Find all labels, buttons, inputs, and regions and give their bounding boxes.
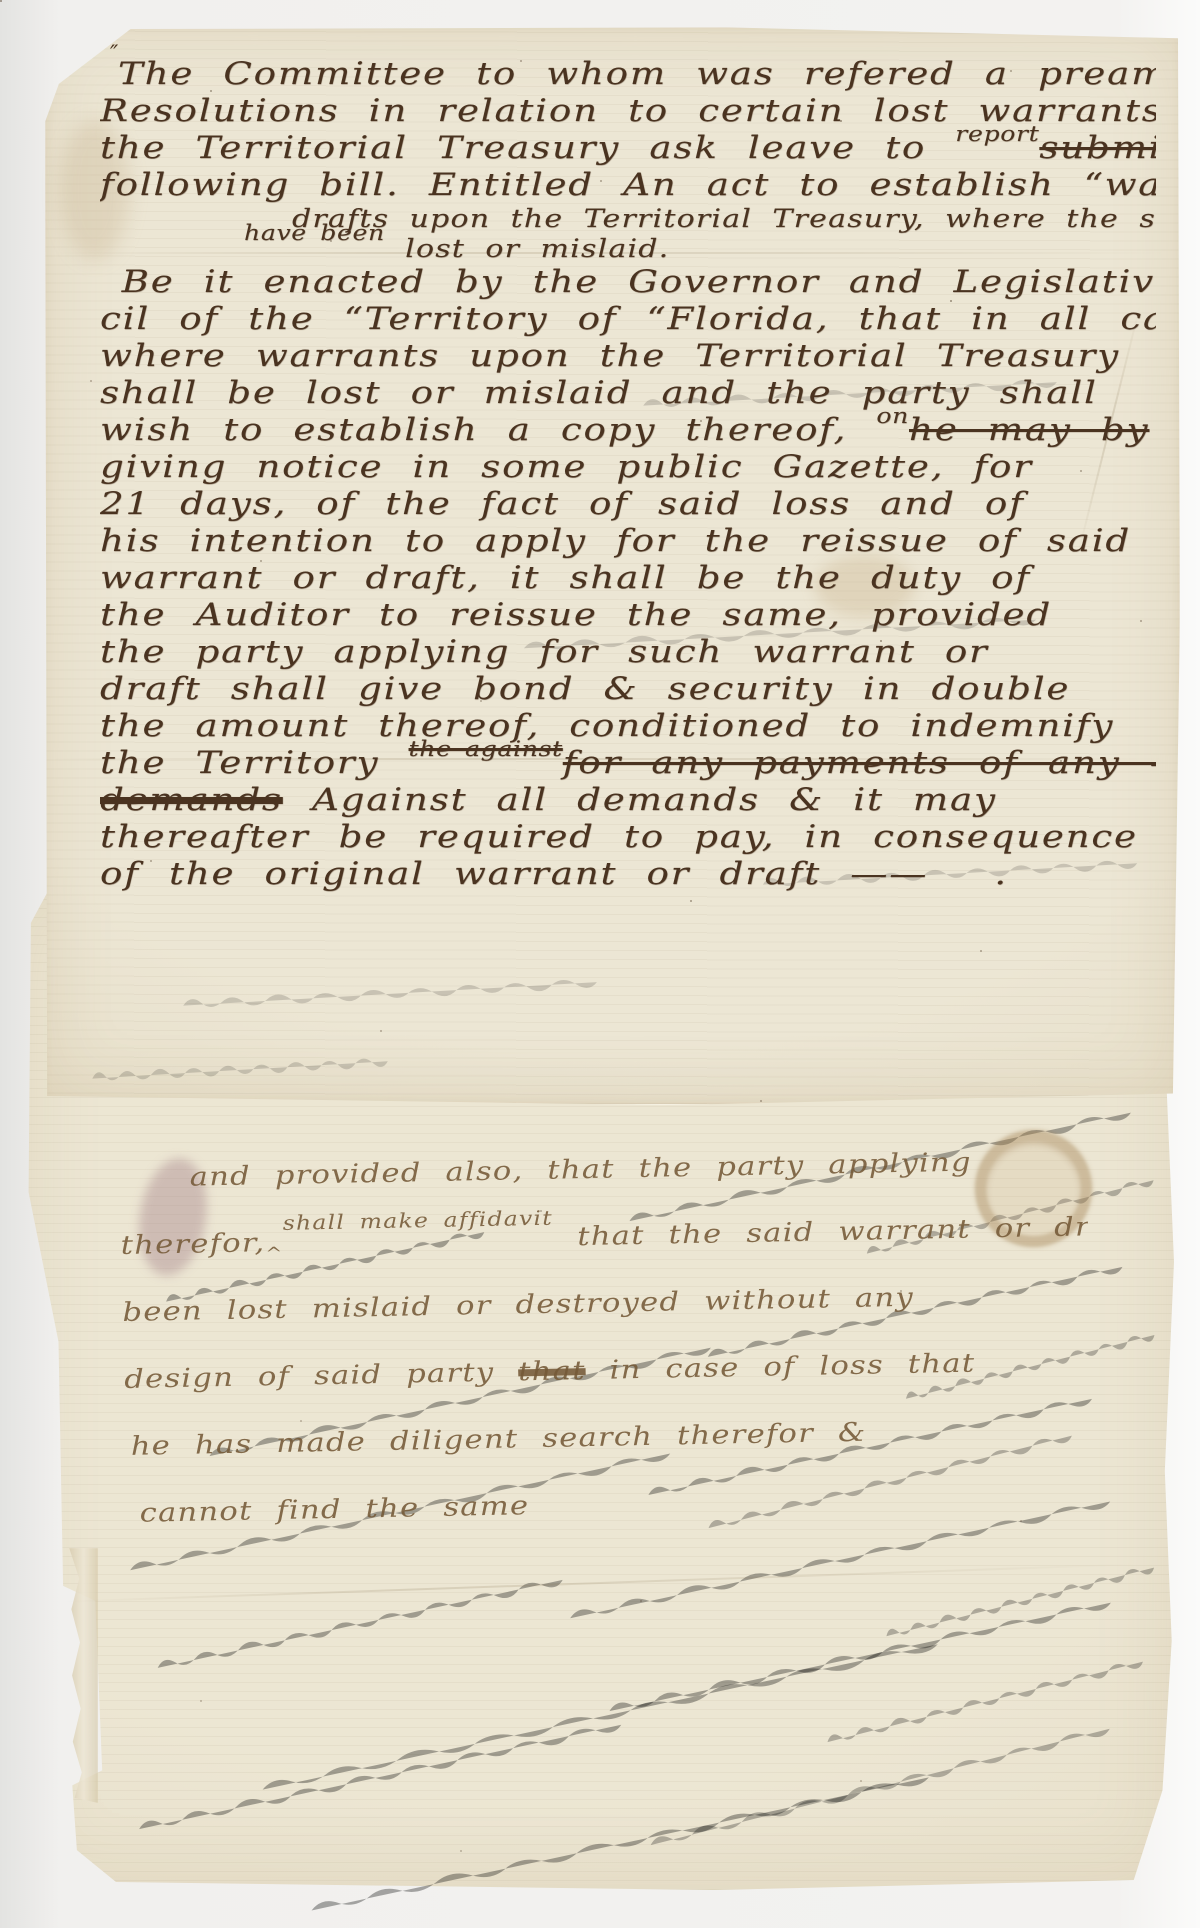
manuscript-line-interlined: have been lost or mislaid. [244,234,1156,264]
manuscript-line: following bill. Entitled An act to estab… [100,167,1156,204]
inserted-word: report [955,116,1039,153]
manuscript-line: the party applying for such warrant or [100,634,1156,671]
inserted-words: shall make affidavit [282,1185,554,1257]
manuscript-line: 21 days, of the fact of said loss and of [100,486,1156,523]
margin-mark: ″ [110,42,118,67]
line-text: of the original warrant or draft —— [100,856,928,892]
manuscript-line: the Territorial Treasury ask leave to re… [100,130,1156,167]
struck-word: demands [100,782,283,818]
manuscript-line: his intention to apply for the reissue o… [100,523,1156,560]
struck-words: for any payments of any ——— [563,745,1156,781]
line-text: the Territorial Treasury ask leave to [100,130,955,166]
manuscript-line: Be it enacted by the Governor and Legisl… [122,264,1156,301]
line-text: Against all demands & it may [283,782,997,818]
manuscript-line-interlined: drafts upon the Territorial Treasury, wh… [292,204,1156,234]
struck-word: submit [1039,130,1156,166]
line-text: design of said party [124,1357,519,1395]
manuscript-line: giving notice in some public Gazette, fo… [100,449,1156,486]
line-text: that the said warrant or draft has [553,1210,1096,1253]
inserted-word: have been [244,218,385,248]
insertion-caret: ^ [265,1244,284,1264]
line-text: . [994,856,1008,892]
manuscript-line: wish to establish a copy thereof, onhe m… [100,412,1156,449]
line-text: in case of loss that [585,1349,975,1386]
manuscript-addendum: and provided also, that the party applyi… [118,1127,1096,1548]
inserted-struck-words: the against [409,731,563,768]
scanned-manuscript-page: { "doc": { "mark_top": "\u2033", "l1": "… [0,0,1200,1928]
manuscript-line: of the original warrant or draft ——. [100,856,1156,893]
line-text: wish to establish a copy thereof, [100,412,876,448]
manuscript-body: The Committee to whom was refered a prea… [100,56,1156,893]
struck-word: that [518,1356,586,1387]
manuscript-line: draft shall give bond & security in doub… [100,671,1156,708]
manuscript-line: cil of the “Territory of “Florida, that … [100,301,1156,338]
struck-words: he may by [909,412,1149,448]
manuscript-line: demands Against all demands & it may [100,782,1156,819]
line-text: therefor, [120,1228,265,1261]
manuscript-line: the Auditor to reissue the same, provide… [100,597,1156,634]
manuscript-line: shall be lost or mislaid and the party s… [100,375,1156,412]
manuscript-line: the Territory the againstfor any payment… [100,745,1156,782]
inserted-word: on [876,398,909,435]
line-text: the Territory [100,745,409,781]
manuscript-line: The Committee to whom was refered a prea… [118,56,1156,93]
paper-speckles [0,0,2,2]
manuscript-line: thereafter be required to pay, in conseq… [100,819,1156,856]
manuscript-line: the amount thereof, conditioned to indem… [100,708,1156,745]
manuscript-line: warrant or draft, it shall be the duty o… [100,560,1156,597]
line-text: lost or mislaid. [385,234,670,263]
manuscript-line: where warrants upon the Territorial Trea… [100,338,1156,375]
